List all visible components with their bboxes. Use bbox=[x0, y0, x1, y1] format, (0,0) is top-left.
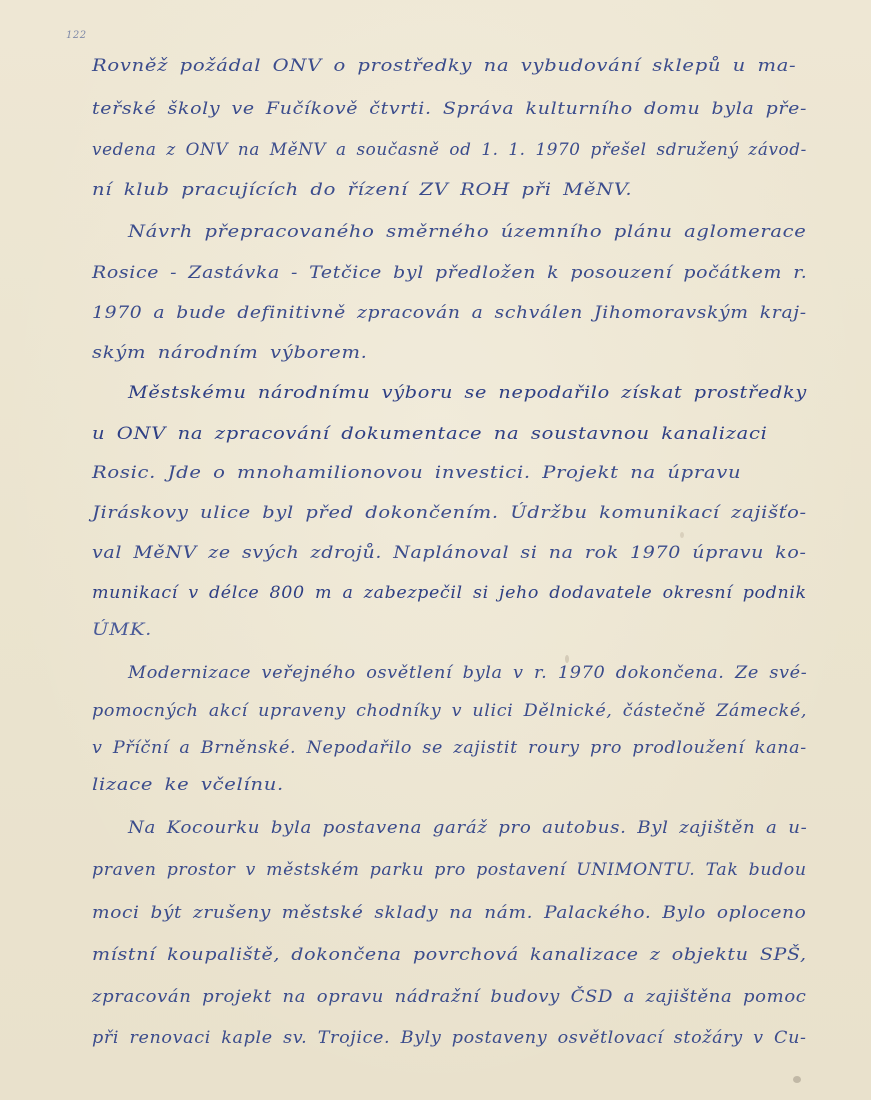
paper-smudge bbox=[565, 655, 569, 663]
text-line: Rosice - Zastávka - Tetčice byl předlože… bbox=[92, 263, 807, 283]
text-line: ským národním výborem. bbox=[92, 343, 368, 363]
text-line: pomocných akcí upraveny chodníky v ulici… bbox=[92, 701, 807, 721]
text-line: při renovaci kaple sv. Trojice. Byly pos… bbox=[92, 1028, 807, 1048]
text-line: vedena z ONV na MěNV a současně od 1. 1.… bbox=[92, 140, 807, 160]
handwritten-chronicle-page: 122 Rovněž požádal ONV o prostředky na v… bbox=[0, 0, 871, 1100]
text-line: Rovněž požádal ONV o prostředky na vybud… bbox=[92, 56, 796, 76]
text-line: val MěNV ze svých zdrojů. Naplánoval si … bbox=[92, 543, 807, 563]
text-line: munikací v délce 800 m a zabezpečil si j… bbox=[92, 583, 807, 603]
text-line: praven prostor v městském parku pro post… bbox=[92, 860, 807, 880]
paper-smudge bbox=[680, 532, 684, 538]
text-line: Městskému národnímu výboru se nepodařilo… bbox=[128, 383, 807, 403]
text-line: u ONV na zpracování dokumentace na soust… bbox=[92, 424, 768, 444]
page-number: 122 bbox=[66, 30, 87, 41]
text-line: teřské školy ve Fučíkově čtvrti. Správa … bbox=[92, 99, 807, 119]
text-line: ÚMK. bbox=[92, 620, 152, 640]
text-line: 1970 a bude definitivně zpracován a schv… bbox=[92, 303, 807, 323]
text-line: Rosic. Jde o mnohamilionovou investici. … bbox=[92, 463, 741, 483]
text-line: moci být zrušeny městské sklady na nám. … bbox=[92, 903, 806, 923]
text-line: ní klub pracujících do řízení ZV ROH při… bbox=[92, 180, 632, 200]
text-line: Na Kocourku byla postavena garáž pro aut… bbox=[128, 818, 807, 838]
paper-smudge bbox=[793, 1076, 801, 1083]
text-line: Návrh přepracovaného směrného územního p… bbox=[128, 222, 806, 242]
text-line: místní koupaliště, dokončena povrchová k… bbox=[92, 945, 807, 965]
text-line: v Příční a Brněnské. Nepodařilo se zajis… bbox=[92, 738, 807, 758]
text-line: Modernizace veřejného osvětlení byla v r… bbox=[128, 663, 807, 683]
text-line: zpracován projekt na opravu nádražní bud… bbox=[92, 987, 807, 1007]
text-line: lizace ke včelínu. bbox=[92, 775, 284, 795]
text-line: Jiráskovy ulice byl před dokončením. Údr… bbox=[92, 503, 807, 523]
